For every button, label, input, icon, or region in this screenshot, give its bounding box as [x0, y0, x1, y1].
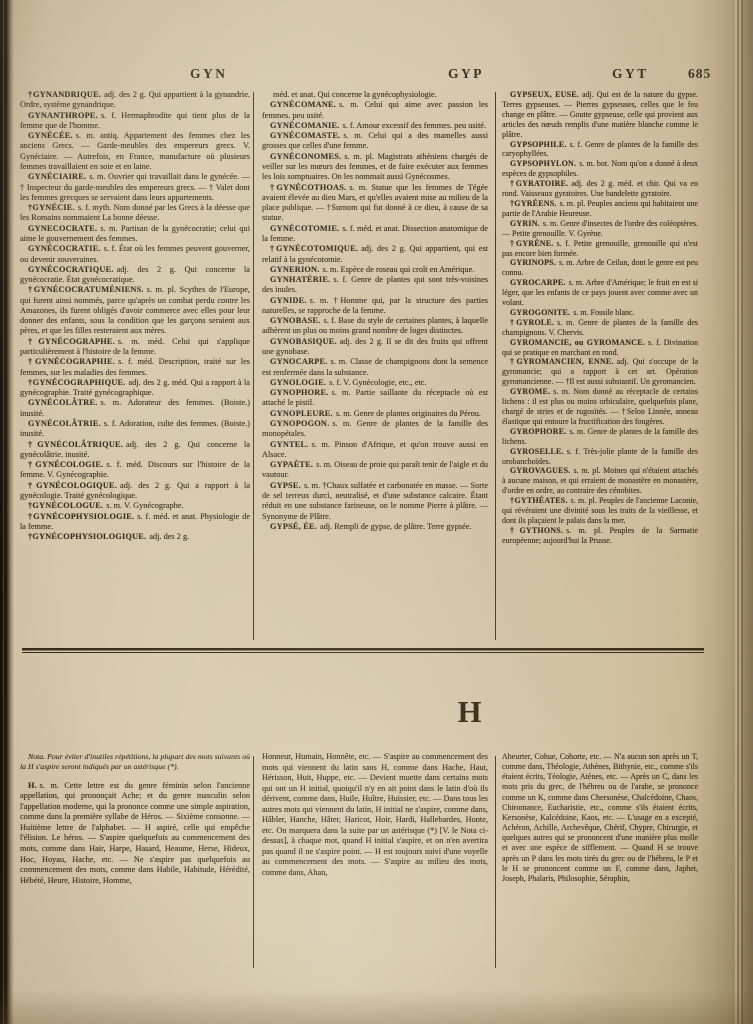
- column-divider: [495, 92, 496, 640]
- entry-term: GYNOCARPE.: [270, 357, 328, 366]
- h-column-3: Aheurter, Cohue, Cohorte, etc. — N'a auc…: [502, 752, 698, 1008]
- dictionary-entry: GYNÉCOMASTE.s. m. Celui qui a des mamell…: [262, 131, 488, 152]
- dictionary-column-1: †GYNANDRIQUE.adj. des 2 g. Qui appartien…: [20, 90, 250, 642]
- dictionary-entry: GYROME.s. m. Nom donné au réceptacle de …: [502, 387, 698, 427]
- entry-term: GYNÉCONOMES.: [270, 152, 341, 161]
- h-column-1: Nota. Pour éviter d'inutiles répétitions…: [20, 752, 250, 1008]
- dictionary-entry: †GYNÉCOLOGIE.s. f. méd. Discours sur l'h…: [20, 460, 250, 481]
- dictionary-entry: GYPSOPHYLON.s. m. bot. Nom qu'on a donné…: [502, 159, 698, 179]
- dictionary-entry: †GYRÉENS.s. m. pl. Peuples anciens qui h…: [502, 199, 698, 219]
- dictionary-entry: †GYROLE.s. m. Genre de plantes de la fam…: [502, 318, 698, 338]
- entry-term: GYNOPHORE.: [270, 388, 328, 397]
- entry-term: GYNÉCOMASTE.: [270, 131, 340, 140]
- dictionary-entry: GYNÉCOCRATIQUE.adj. des 2 g. Qui concern…: [20, 265, 250, 286]
- dictionary-entry: GYROSELLE.s. f. Très-jolie plante de la …: [502, 447, 698, 467]
- dictionary-entry: GYNOBASE.s. f. Base du style de certaine…: [262, 316, 488, 337]
- entry-term: GYNANTHROPE.: [28, 111, 98, 120]
- entry-definition: adj. des 2 g.: [149, 532, 189, 541]
- entry-definition: s. f. Amour excessif des femmes. peu usi…: [342, 121, 486, 130]
- entry-definition: adj. Rempli de gypse, de plâtre. Terre g…: [320, 522, 472, 531]
- entry-term: GYNÉCOMANE.: [270, 100, 336, 109]
- entry-term: †GYNÉCOCRATUMÉNIENS.: [28, 285, 144, 294]
- running-head-gyt: GYT: [612, 66, 649, 82]
- entry-term: GYROPHORE.: [510, 427, 566, 436]
- dictionary-entry: GYNÉCOLÂTRE.s. m. Adorateur des femmes. …: [20, 398, 250, 419]
- dictionary-entry: GYNECOCRATE.s. m. Partisan de la gynécoc…: [20, 224, 250, 245]
- h-letter-entry: H.s. m. Cette lettre est du genre fémini…: [20, 781, 250, 886]
- entry-term: GYPAÈTE.: [270, 460, 313, 469]
- dictionary-entry: †GYRÈNE.s. f. Petite grenouille, grenoui…: [502, 239, 698, 259]
- entry-definition: s. f. V. Gynécologie, etc., etc.: [329, 378, 426, 387]
- running-head-gyp: GYP: [448, 66, 484, 82]
- entry-term: GYPSOPHILE.: [510, 140, 567, 149]
- entry-term: GYNOBASE.: [270, 316, 320, 325]
- entry-term: †GYNÉCOGRAPHIQUE.: [28, 378, 126, 387]
- entry-term: †GYRÈNE.: [510, 239, 554, 248]
- dictionary-entry: GYNOPOGON.s. m. Genre de plantes de la f…: [262, 419, 488, 440]
- entry-term: †GYROLE.: [510, 318, 554, 327]
- entry-term: †GYNÉCOGRAPHE.: [28, 337, 115, 346]
- entry-term: GYNHATÉRIE.: [270, 275, 330, 284]
- section-divider: [22, 648, 704, 654]
- dictionary-entry: GYNOPLEURE.s. m. Genre de plantes origin…: [262, 409, 488, 419]
- running-head-gyn: GYN: [190, 66, 228, 82]
- dictionary-entry: †GYNÉCOLÂTRIQUE.adj. des 2 g. Qui concer…: [20, 440, 250, 461]
- dictionary-entry: GYNOCARPE.s. m. Classe de champignons do…: [262, 357, 488, 378]
- entry-term: GYNÉCOLÂTRE.: [28, 398, 97, 407]
- column-divider: [495, 756, 496, 968]
- h-letter-continuation: Aheurter, Cohue, Cohorte, etc. — N'a auc…: [502, 752, 698, 884]
- entry-term: GYROGONITE.: [510, 308, 570, 317]
- dictionary-entry: †GYROMANCIEN, ENNE.adj. Qui s'occupe de …: [502, 357, 698, 387]
- nota-paragraph: Nota. Pour éviter d'inutiles répétitions…: [20, 752, 250, 772]
- entry-term: GYPSE.: [270, 481, 301, 490]
- entry-term: GYNOLOGIE.: [270, 378, 326, 387]
- dictionary-entry: GYRIN.s. m. Genre d'insectes de l'ordre …: [502, 219, 698, 239]
- dictionary-entry: GYPAÈTE.s. m. Oiseau de proie qui paraît…: [262, 460, 488, 481]
- entry-term: GYNOPLEURE.: [270, 409, 333, 418]
- entry-term: †GYNÉCIE.: [28, 203, 75, 212]
- dictionary-entry: †GYNÉCOCRATUMÉNIENS.s. m. pl. Scythes de…: [20, 285, 250, 336]
- dictionary-entry: GYNÉCOMANE.s. m. Celui qui aime avec pas…: [262, 100, 488, 121]
- page-number: 685: [688, 66, 711, 82]
- entry-definition: s. m. Espèce de roseau qui croît en Amér…: [323, 265, 475, 274]
- entry-term: GYROCARPE.: [510, 278, 566, 287]
- book-binding-edge: [0, 0, 14, 1024]
- dictionary-entry: GYROMANCIE, ou GYROMANCE.s. f. Divinatio…: [502, 338, 698, 358]
- book-page: GYN GYP GYT 685 †GYNANDRIQUE.adj. des 2 …: [0, 0, 753, 1024]
- entry-definition: s. m. Cette lettre est du genre féminin …: [20, 781, 250, 885]
- entry-term: †GYNÉCOLOGIE.: [28, 460, 103, 469]
- entry-term: GYNOPOGON.: [270, 419, 329, 428]
- dictionary-entry: GYPSOPHILE.s. f. Genre de plantes de la …: [502, 140, 698, 160]
- section-heading-h: H: [400, 694, 540, 730]
- entry-definition: s. m. V. Gynécographe.: [106, 501, 183, 510]
- dictionary-entry: GYROGONITE.s. m. Fossile blanc.: [502, 308, 698, 318]
- dictionary-column-2: méd. et anat. Qui concerne la gynécophys…: [262, 90, 488, 642]
- dictionary-entry: †GYNÉCOPHYSIOLOGIE.s. f. méd. et anat. P…: [20, 512, 250, 533]
- entry-term: GYNIDE.: [270, 296, 307, 305]
- dictionary-entry: GYRINOPS.s. m. Arbre de Ceilan, dont le …: [502, 258, 698, 278]
- dictionary-entry: †GYNÉCOTOMIQUE.adj. des 2 g. Qui apparti…: [262, 244, 488, 265]
- dictionary-entry: †GYNÉCOGRAPHIQUE.adj. des 2 g. méd. Qui …: [20, 378, 250, 399]
- entry-term: GYROME.: [510, 387, 550, 396]
- dictionary-entry: †GYTHONS.s. m. pl. Peuples de la Sarmati…: [502, 526, 698, 546]
- dictionary-entry: GYNÉCIAIRE.s. m. Ouvrier qui travaillait…: [20, 172, 250, 203]
- entry-definition: méd. et anat. Qui concerne la gynécophys…: [273, 90, 437, 99]
- entry-term: †GYNÉCOLOGUE.: [28, 501, 103, 510]
- running-head: GYN GYP GYT 685: [0, 66, 753, 84]
- column-divider: [253, 756, 254, 968]
- entry-term: †GYTHONS.: [510, 526, 563, 535]
- dictionary-entry: †GYNÉCOLOGIQUE.adj. des 2 g. Qui a rappo…: [20, 481, 250, 502]
- entry-term: GYPSOPHYLON.: [510, 159, 576, 168]
- entry-term: GYRINOPS.: [510, 258, 556, 267]
- dictionary-entry: GYNTEL.s. m. Pinson d'Afrique, et qu'on …: [262, 440, 488, 461]
- entry-term: †GYNÉCOLÂTRIQUE.: [28, 440, 123, 449]
- entry-term: GYNÉCÉE.: [28, 131, 73, 140]
- dictionary-entry: †GYNÉCOPHYSIOLOGIQUE.adj. des 2 g.: [20, 532, 250, 542]
- entry-term: †GYROMANCIEN, ENNE.: [510, 357, 614, 366]
- column-divider: [253, 92, 254, 640]
- entry-term: GYNÉCOCRATIQUE.: [28, 265, 114, 274]
- dictionary-entry: †GYNÉCIE.s. f. myth. Nom donné par les G…: [20, 203, 250, 224]
- entry-term: GYROVAGUES.: [510, 466, 571, 475]
- entry-term: †GYNÉCOTOMIQUE.: [270, 244, 358, 253]
- entry-term: GYNÉCOLÂTRIE.: [28, 419, 101, 428]
- entry-term: GYNTEL.: [270, 440, 309, 449]
- entry-term: †GYNÉCOLOGIQUE.: [28, 481, 117, 490]
- h-column-2: Honneur, Humain, Honnête, etc. — S'aspir…: [262, 752, 488, 1008]
- dictionary-entry: GYPSE.s. m. †Chaux sulfatée et carbonaté…: [262, 481, 488, 522]
- dictionary-entry: GYNIDE.s. m. †Homme qui, par la structur…: [262, 296, 488, 317]
- dictionary-entry: GYNÉCOCRATIE.s. f. État où les femmes pe…: [20, 244, 250, 265]
- dictionary-entry: †GYNÉCOGRAPHIE.s. f. méd. Description, t…: [20, 357, 250, 378]
- entry-term: GYPSEUX, EUSE.: [510, 90, 579, 99]
- entry-term: H.: [28, 781, 37, 790]
- dictionary-entry: †GYTHÉATES.s. m. pl. Peuples de l'ancien…: [502, 496, 698, 526]
- dictionary-entry: GYNANTHROPE.s. f. Hermaphrodite qui tien…: [20, 111, 250, 132]
- dictionary-entry: GYNÉCOTOMIE.s. f. méd. et anat. Dissecti…: [262, 224, 488, 245]
- dictionary-entry: GYROCARPE.s. m. Arbre d'Amérique; le fru…: [502, 278, 698, 308]
- entry-term: GYROMANCIE, ou GYROMANCE.: [510, 338, 645, 347]
- dictionary-entry: †GYNÉCOTHOAS.s. m. Statue que les femmes…: [262, 183, 488, 224]
- dictionary-column-3: GYPSEUX, EUSE.adj. Qui est de la nature …: [502, 90, 698, 642]
- dictionary-entry: GYNOBASIQUE.adj. des 2 g. Il se dit des …: [262, 337, 488, 358]
- entry-term: GYNÉCIAIRE.: [28, 172, 86, 181]
- entry-term: GYNÉCOMANIE.: [270, 121, 339, 130]
- dictionary-entry: GYNÉCONOMES.s. m. pl. Magistrats athénie…: [262, 152, 488, 183]
- page-curl-edge: [689, 0, 753, 1024]
- dictionary-entry: †GYNANDRIQUE.adj. des 2 g. Qui appartien…: [20, 90, 250, 111]
- dictionary-entry: †GYNÉCOGRAPHE.s. m. méd. Celui qui s'app…: [20, 337, 250, 358]
- dictionary-entry: GYNÉCOLÂTRIE.s. f. Adoration, culte des …: [20, 419, 250, 440]
- dictionary-entry: GYNÉCÉE.s. m. antiq. Appartement des fem…: [20, 131, 250, 172]
- dictionary-entry: GYNOPHORE.s. m. Partie saillante du réce…: [262, 388, 488, 409]
- entry-term: †GYNÉCOGRAPHIE.: [28, 357, 115, 366]
- entry-term: †GYNÉCOTHOAS.: [270, 183, 346, 192]
- dictionary-entry: †GYNÉCOLOGUE.s. m. V. Gynécographe.: [20, 501, 250, 511]
- entry-term: GYPSÉ, ÉE.: [270, 522, 317, 531]
- dictionary-entry: GYPSEUX, EUSE.adj. Qui est de la nature …: [502, 90, 698, 140]
- entry-definition: s. m. Fossile blanc.: [573, 308, 634, 317]
- dictionary-entry: †GYRATOIRE.adj. des 2 g. méd. et chir. Q…: [502, 179, 698, 199]
- dictionary-entry: GYNÉCOMANIE.s. f. Amour excessif des fem…: [262, 121, 488, 131]
- dictionary-entry: GYNHATÉRIE.s. f. Genre de plantes qui so…: [262, 275, 488, 296]
- dictionary-entry: GYPSÉ, ÉE.adj. Rempli de gypse, de plâtr…: [262, 522, 488, 532]
- entry-term: GYNÉCOTOMIE.: [270, 224, 339, 233]
- entry-term: †GYNÉCOPHYSIOLOGIE.: [28, 512, 134, 521]
- dictionary-entry: méd. et anat. Qui concerne la gynécophys…: [262, 90, 488, 100]
- dictionary-entry: GYROPHORE.s. m. Genre de plantes de la f…: [502, 427, 698, 447]
- dictionary-entry: GYNOLOGIE.s. f. V. Gynécologie, etc., et…: [262, 378, 488, 388]
- entry-definition: s. m. Genre de plantes originaires du Pé…: [336, 409, 481, 418]
- entry-term: GYROSELLE.: [510, 447, 564, 456]
- entry-term: †GYRÉENS.: [510, 199, 557, 208]
- entry-term: GYRIN.: [510, 219, 540, 228]
- entry-term: GYNOBASIQUE.: [270, 337, 337, 346]
- entry-term: GYNERION.: [270, 265, 320, 274]
- dictionary-entry: GYNERION.s. m. Espèce de roseau qui croî…: [262, 265, 488, 275]
- entry-term: †GYNANDRIQUE.: [28, 90, 101, 99]
- entry-term: †GYRATOIRE.: [510, 179, 568, 188]
- dictionary-entry: GYROVAGUES.s. m. pl. Moines qui n'étaien…: [502, 466, 698, 496]
- h-letter-continuation: Honneur, Humain, Honnête, etc. — S'aspir…: [262, 752, 488, 878]
- entry-term: GYNÉCOCRATIE.: [28, 244, 101, 253]
- entry-term: †GYTHÉATES.: [510, 496, 568, 505]
- entry-term: †GYNÉCOPHYSIOLOGIQUE.: [28, 532, 146, 541]
- entry-term: GYNECOCRATE.: [28, 224, 97, 233]
